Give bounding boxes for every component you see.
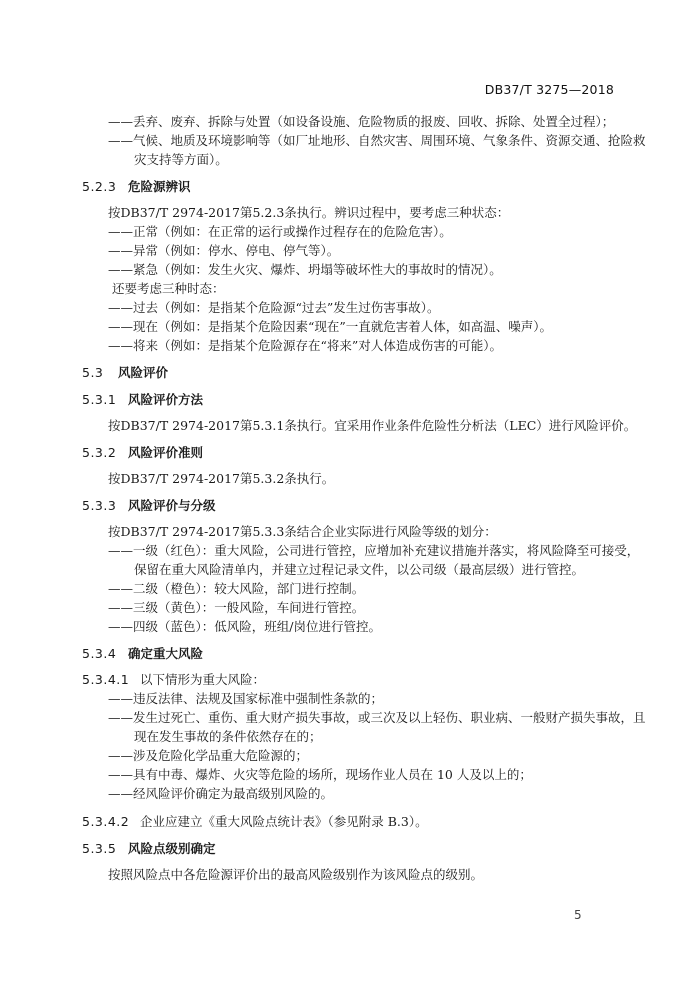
- section-heading-5-3: 5.3风险评价: [82, 363, 622, 382]
- list-item: ——气候、地质及环境影响等（如厂址地形、自然灾害、周围环境、气象条件、资源交通、…: [82, 131, 622, 150]
- section-title: 危险源辨识: [128, 179, 191, 194]
- list-item: ——二级（橙色）：较大风险，部门进行控制。: [82, 579, 622, 598]
- section-number: 5.3.3: [82, 496, 128, 515]
- section-title: 风险评价: [118, 365, 168, 380]
- section-heading-5-3-4: 5.3.4确定重大风险: [82, 644, 622, 663]
- paragraph: 按DB37/T 2974-2017第5.3.3条结合企业实际进行风险等级的划分：: [82, 522, 622, 541]
- section-number: 5.3.1: [82, 390, 128, 409]
- list-item: ——现在（例如：是指某个危险因素“现在”一直就危害着人体，如高温、噪声）。: [82, 317, 622, 336]
- section-number: 5.2.3: [82, 177, 128, 196]
- list-item: ——具有中毒、爆炸、火灾等危险的场所，现场作业人员在 10 人及以上的；: [82, 765, 622, 784]
- section-title: 风险评价与分级: [128, 498, 216, 513]
- paragraph: 按照风险点中各危险源评价出的最高风险级别作为该风险点的级别。: [82, 865, 622, 884]
- list-item: ——将来（例如：是指某个危险源存在“将来”对人体造成伤害的可能）。: [82, 336, 622, 355]
- list-item: ——一级（红色）：重大风险，公司进行管控，应增加补充建议措施并落实，将风险降至可…: [82, 541, 622, 560]
- subclause-5-3-4-1: 5.3.4.1以下情形为重大风险：: [82, 670, 622, 689]
- section-number: 5.3.2: [82, 443, 128, 462]
- list-item: ——正常（例如：在正常的运行或操作过程存在的危险危害）。: [82, 222, 622, 241]
- subclause-text: 以下情形为重大风险：: [140, 672, 265, 687]
- section-number: 5.3: [82, 363, 118, 382]
- section-number: 5.3.4: [82, 644, 128, 663]
- list-item-continuation: 现在发生事故的条件依然存在的；: [82, 727, 622, 746]
- list-item-continuation: 保留在重大风险清单内，并建立过程记录文件，以公司级（最高层级）进行管控。: [82, 560, 622, 579]
- list-item: ——涉及危险化学品重大危险源的；: [82, 746, 622, 765]
- section-heading-5-3-2: 5.3.2风险评价准则: [82, 443, 622, 462]
- paragraph: 按DB37/T 2974-2017第5.3.1条执行。宜采用作业条件危险性分析法…: [82, 416, 622, 435]
- section-heading-5-3-3: 5.3.3风险评价与分级: [82, 496, 622, 515]
- list-item: ——紧急（例如：发生火灾、爆炸、坍塌等破坏性大的事故时的情况）。: [82, 260, 622, 279]
- section-title: 风险评价准则: [128, 445, 203, 460]
- section-title: 风险评价方法: [128, 392, 203, 407]
- section-number: 5.3.5: [82, 839, 128, 858]
- list-item: ——丢弃、废弃、拆除与处置（如设备设施、危险物质的报废、回收、拆除、处置全过程）…: [82, 112, 622, 131]
- list-item: ——违反法律、法规及国家标准中强制性条款的；: [82, 689, 622, 708]
- list-item: ——三级（黄色）：一般风险，车间进行管控。: [82, 598, 622, 617]
- section-heading-5-3-1: 5.3.1风险评价方法: [82, 390, 622, 409]
- list-item: ——发生过死亡、重伤、重大财产损失事故，或三次及以上轻伤、职业病、一般财产损失事…: [82, 708, 622, 727]
- section-heading-5-3-5: 5.3.5风险点级别确定: [82, 839, 622, 858]
- list-item: ——四级（蓝色）：低风险，班组/岗位进行管控。: [82, 617, 622, 636]
- section-title: 确定重大风险: [128, 646, 203, 661]
- paragraph: 按DB37/T 2974-2017第5.3.2条执行。: [82, 469, 622, 488]
- paragraph: 按DB37/T 2974-2017第5.2.3条执行。辨识过程中，要考虑三种状态…: [82, 203, 622, 222]
- list-item-continuation: 灾支持等方面）。: [82, 150, 622, 169]
- document-code-header: DB37/T 3275—2018: [485, 82, 614, 97]
- subclause-number: 5.3.4.1: [82, 670, 140, 689]
- section-heading-5-2-3: 5.2.3危险源辨识: [82, 177, 622, 196]
- subclause-text: 企业应建立《重大风险点统计表》（参见附录 B.3）。: [140, 814, 428, 829]
- list-item: ——异常（例如：停水、停电、停气等）。: [82, 241, 622, 260]
- subclause-5-3-4-2: 5.3.4.2企业应建立《重大风险点统计表》（参见附录 B.3）。: [82, 812, 622, 831]
- list-item: ——经风险评价确定为最高级别风险的。: [82, 784, 622, 803]
- page-number: 5: [574, 908, 582, 922]
- subclause-number: 5.3.4.2: [82, 812, 140, 831]
- section-title: 风险点级别确定: [128, 841, 216, 856]
- page-body: ——丢弃、废弃、拆除与处置（如设备设施、危险物质的报废、回收、拆除、处置全过程）…: [82, 112, 622, 884]
- list-item: ——过去（例如：是指某个危险源“过去”发生过伤害事故）。: [82, 298, 622, 317]
- paragraph: 还要考虑三种时态：: [82, 279, 622, 298]
